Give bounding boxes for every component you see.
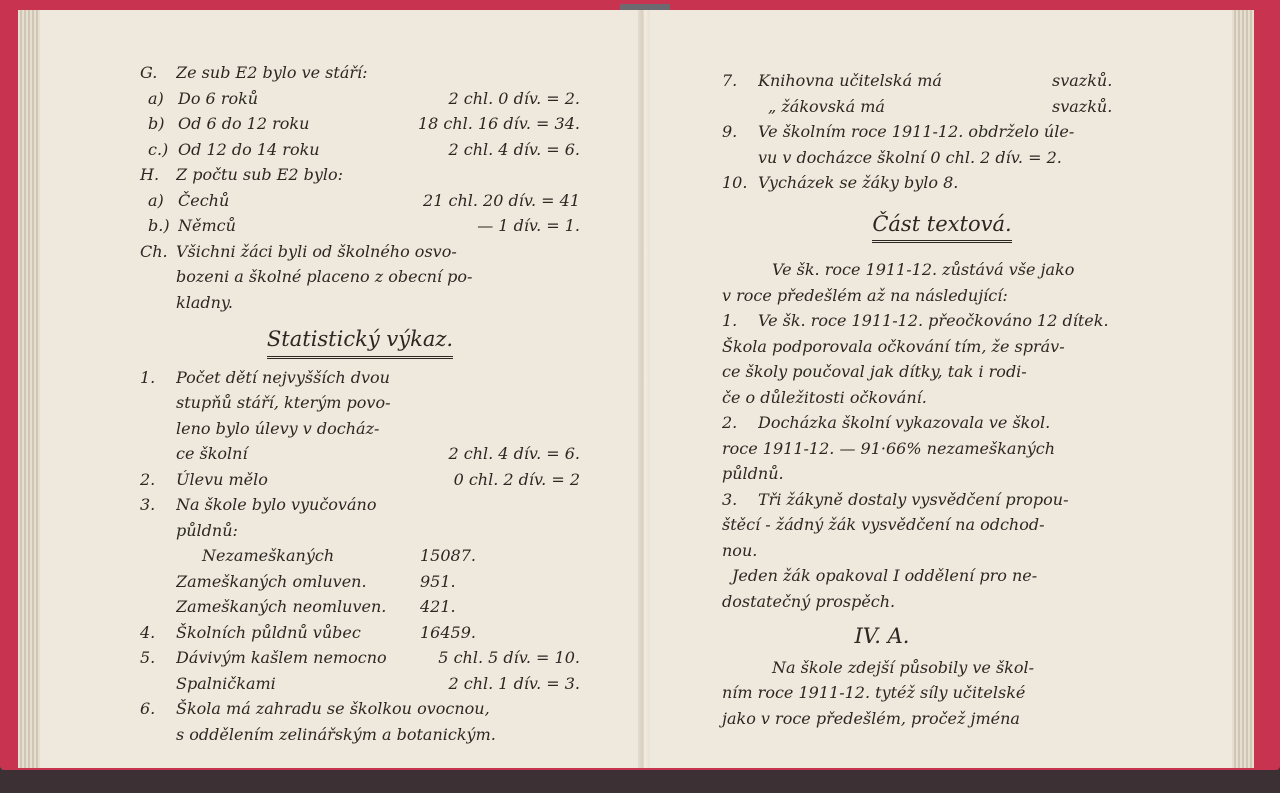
text-item-2-line: roce 1911-12. — 91·66% nezameškaných (722, 436, 1162, 462)
stat-item-6: 6. Škola má zahradu se školkou ovocnou, (140, 696, 580, 722)
stat-item-5b: Spalničkami 2 chl. 1 dív. = 3. (140, 671, 580, 697)
item-8: „ žákovská má svazků. (722, 94, 1162, 120)
stat-item-1-line: leno bylo úlevy v docház- (140, 416, 580, 442)
stat-item-3-line: půldnů: (140, 518, 580, 544)
section-ch: Ch. Všichni žáci byli od školného osvo- (140, 239, 580, 265)
text-item-3-line: dostatečný prospěch. (722, 589, 1162, 615)
item-9-line: vu v docházce školní 0 chl. 2 dív. = 2. (722, 145, 1162, 171)
text-item-2: 2. Docházka školní vykazovala ve škol. (722, 410, 1162, 436)
stat-item-1: 1. Počet dětí nejvyšších dvou (140, 365, 580, 391)
item-7: 7. Knihovna učitelská má svazků. (722, 68, 1162, 94)
closing-line: Na škole zdejší působily ve škol- (722, 655, 1162, 681)
stat-item-6-line: s oddělením zelinářským a botanickým. (140, 722, 580, 748)
section-h-item: a) Čechů 21 chl. 20 dív. = 41 (140, 188, 580, 214)
text-item-1: 1. Ve šk. roce 1911-12. přeočkováno 12 d… (722, 308, 1162, 334)
section-g-item: a) Do 6 roků 2 chl. 0 dív. = 2. (140, 86, 580, 112)
stat-item-1-line: stupňů stáří, kterým povo- (140, 390, 580, 416)
left-page-edges (18, 10, 40, 768)
text-item-2-line: půldnů. (722, 461, 1162, 487)
stat-item-2: 2. Úlevu mělo 0 chl. 2 dív. = 2 (140, 467, 580, 493)
closing-line: jako v roce předešlém, pročež jména (722, 706, 1162, 732)
text-section-heading: Část textová. (722, 212, 1162, 244)
left-page-text: G. Ze sub E2 bylo ve stáří: a) Do 6 roků… (140, 60, 580, 747)
stat-item-4: 4. Školních půldnů vůbec 16459. (140, 620, 580, 646)
section-ch-line: bozeni a školné placeno z obecní po- (140, 264, 580, 290)
item-10: 10. Vycházek se žáky bylo 8. (722, 170, 1162, 196)
right-page-edges (1232, 10, 1254, 768)
text-item-1-line: ce školy poučoval jak dítky, tak i rodi- (722, 359, 1162, 385)
text-item-3-line: nou. (722, 538, 1162, 564)
section-g-item: c.) Od 12 do 14 roku 2 chl. 4 dív. = 6. (140, 137, 580, 163)
stat-item-3-sub: Zameškaných omluven. 951. (140, 569, 580, 595)
section-g-title: G. Ze sub E2 bylo ve stáří: (140, 60, 580, 86)
stat-item-5: 5. Dávivým kašlem nemocno 5 chl. 5 dív. … (140, 645, 580, 671)
closing-line: ním roce 1911-12. tytéž síly učitelské (722, 680, 1162, 706)
text-item-3-line: Jeden žák opakoval I oddělení pro ne- (722, 563, 1162, 589)
intro-line: v roce předešlém až na následující: (722, 283, 1162, 309)
intro-line: Ve šk. roce 1911-12. zůstává vše jako (722, 257, 1162, 283)
book-gutter (638, 10, 650, 768)
statistics-heading: Statistický výkaz. (140, 327, 580, 359)
stat-item-3-sub: Nezameškaných 15087. (140, 543, 580, 569)
section-h-title: H. Z počtu sub E2 bylo: (140, 162, 580, 188)
stat-item-3-sub: Zameškaných neomluven. 421. (140, 594, 580, 620)
stat-item-3: 3. Na škole bylo vyučováno (140, 492, 580, 518)
text-item-1-line: Škola podporovala očkování tím, že správ… (722, 334, 1162, 360)
section-h-item: b.) Němců — 1 dív. = 1. (140, 213, 580, 239)
text-item-3: 3. Tři žákyně dostaly vysvědčení propou- (722, 487, 1162, 513)
text-item-3-line: štěcí - žádný žák vysvědčení na odchod- (722, 512, 1162, 538)
text-item-1-line: če o důležitosti očkování. (722, 385, 1162, 411)
item-9: 9. Ve školním roce 1911-12. obdrželo úle… (722, 119, 1162, 145)
section-ch-line: kladny. (140, 290, 580, 316)
right-page-text: 7. Knihovna učitelská má svazků. „ žákov… (722, 68, 1162, 731)
section-g-item: b) Od 6 do 12 roku 18 chl. 16 dív. = 34. (140, 111, 580, 137)
stat-item-1-line: ce školní 2 chl. 4 dív. = 6. (140, 441, 580, 467)
section-iv-a-heading: IV. A. (722, 624, 1162, 653)
